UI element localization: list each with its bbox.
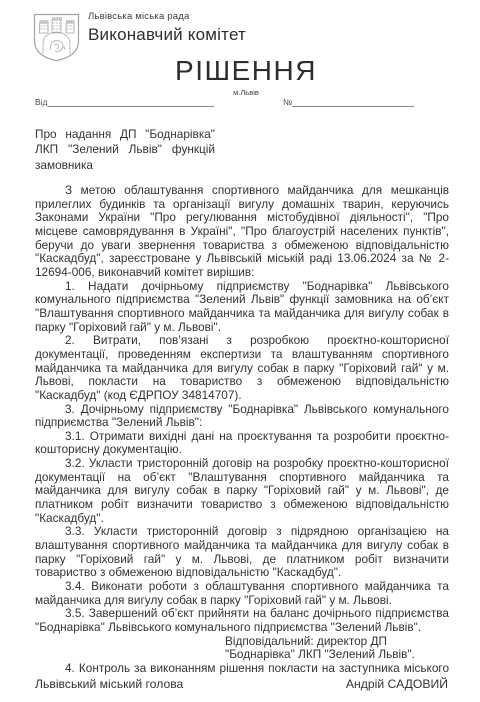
document-page: Львівська міська рада Виконавчий комітет… bbox=[0, 0, 480, 702]
responsible-line: "Боднарівка" ЛКП "Зелений Львів". bbox=[225, 648, 449, 662]
signer-position: Львівський міський голова bbox=[35, 677, 183, 691]
document-subject: Про надання ДП "Боднарівка" ЛКП "Зелений… bbox=[35, 127, 215, 173]
council-name: Львівська міська рада bbox=[88, 12, 246, 23]
intro-paragraph: З метою облаштування спортивного майданч… bbox=[35, 184, 449, 280]
decision-paragraph: 3.3. Укласти тристоронній договір з підр… bbox=[35, 525, 449, 580]
reference-row: Від № bbox=[35, 97, 450, 111]
date-field-label: Від bbox=[35, 97, 48, 107]
org-header: Львівська міська рада Виконавчий комітет bbox=[88, 12, 246, 44]
decision-paragraph: 1. Надати дочірньому підприємству "Бодна… bbox=[35, 280, 449, 335]
decision-paragraph: 3.2. Укласти тристоронній договір на роз… bbox=[35, 457, 449, 525]
number-field-line bbox=[292, 97, 414, 107]
decision-paragraph: 2. Витрати, пов’язані з розробкою проєкт… bbox=[35, 334, 449, 402]
date-field: Від bbox=[35, 97, 214, 107]
doc-type-title: РІШЕННЯ bbox=[0, 55, 480, 87]
decision-paragraph: 3.1. Отримати вихідні дані на проєктуван… bbox=[35, 430, 449, 457]
number-field: № bbox=[283, 97, 414, 107]
number-field-label: № bbox=[283, 97, 292, 107]
closing-paragraph: 4. Контроль за виконанням рішення поклас… bbox=[35, 662, 449, 676]
decision-paragraph: 3.4. Виконати роботи з облаштування спор… bbox=[35, 580, 449, 607]
decision-paragraph: 3.5. Завершений об’єкт прийняти на балан… bbox=[35, 607, 449, 634]
doc-place: м.Львів bbox=[0, 88, 480, 97]
decision-paragraph: 3. Дочірньому підприємству "Боднарівка" … bbox=[35, 403, 449, 430]
responsible-block: Відповідальний: директор ДП "Боднарівка"… bbox=[225, 635, 449, 662]
signer-name: Андрій САДОВИЙ bbox=[346, 677, 448, 691]
document-body: З метою облаштування спортивного майданч… bbox=[35, 184, 449, 676]
committee-name: Виконавчий комітет bbox=[88, 25, 246, 45]
date-field-line bbox=[48, 97, 214, 107]
signature-row: Львівський міський голова Андрій САДОВИЙ bbox=[35, 677, 448, 691]
responsible-line: Відповідальний: директор ДП bbox=[225, 635, 449, 649]
